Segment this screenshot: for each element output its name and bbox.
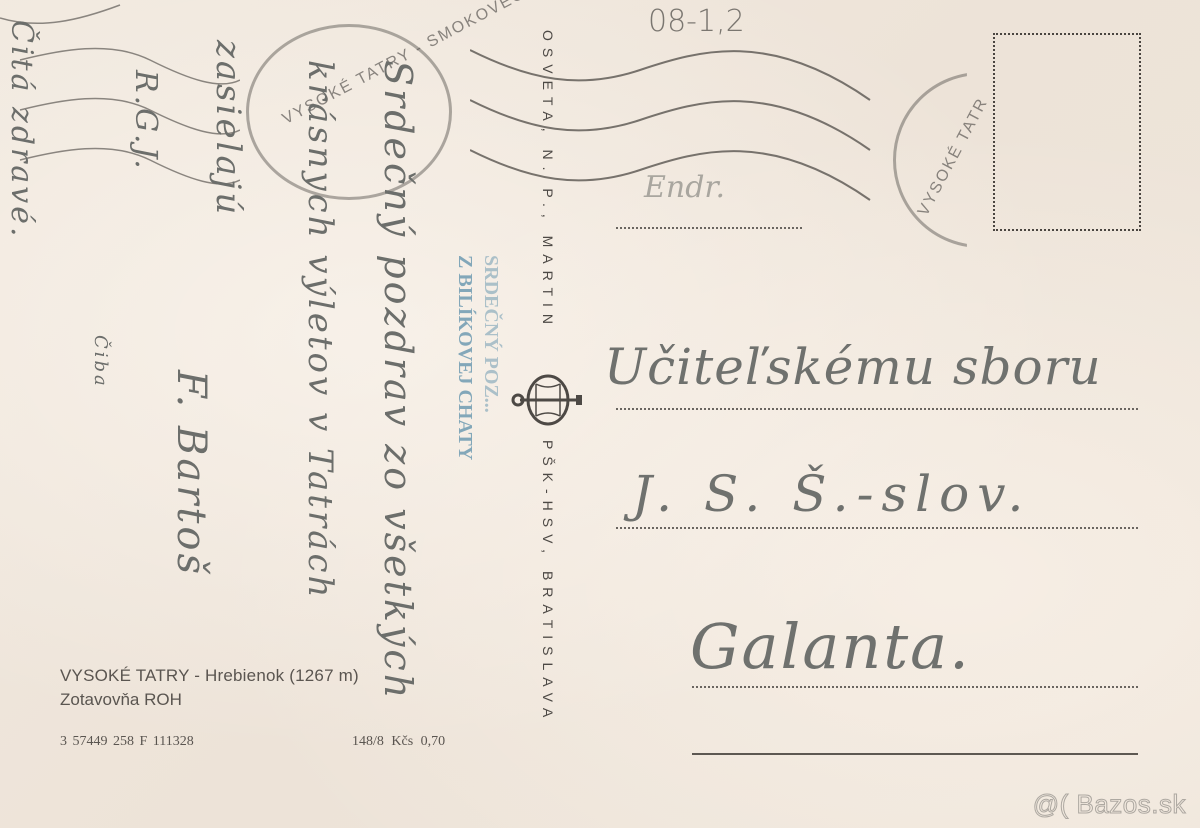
message-line: R.G.J. <box>128 70 163 172</box>
caption-title-bold: VYSOKÉ TATRY <box>60 666 189 685</box>
message-line: Čitá zdravé. <box>4 20 39 240</box>
caption-codes: 3 57449 258 F 111328 <box>60 734 194 750</box>
stamp-placeholder-icon <box>993 33 1141 231</box>
address-rule-2 <box>616 527 1138 529</box>
address-line-1: Učiteľskému sboru <box>604 338 1102 396</box>
postcard-back: VYSOKÉ TATRY - SMOKOVEC VYSOKÉ TATR 08-1… <box>0 0 1200 828</box>
publisher-bottom: PŠK-HSV, BRATISLAVA <box>540 440 556 724</box>
address-line-2: J. S. Š.-slov. <box>632 465 1031 523</box>
address-line-0: Endr. <box>644 170 725 205</box>
address-line-3: Galanta. <box>690 610 971 683</box>
caption-price: 148/8 Kčs 0,70 <box>352 734 445 750</box>
blue-stamp-line2: Z BILÍKOVEJ CHATY <box>452 255 478 460</box>
blue-stamp-line1: SRDEČNÝ POZ... <box>478 255 504 413</box>
bazos-watermark: @( Bazos.sk <box>1033 789 1186 820</box>
pencil-note: 08-1,2 <box>648 4 745 39</box>
publisher-top: OSVETA, N. P., MARTIN <box>540 30 556 331</box>
caption-subtitle: Zotavovňa ROH <box>60 690 182 710</box>
message-line: zasielajú <box>208 40 248 217</box>
address-rule-1 <box>616 408 1138 410</box>
address-rule-3 <box>692 686 1138 688</box>
caption-title: VYSOKÉ TATRY - Hrebienok (1267 m) <box>60 666 359 686</box>
globe-book-key-logo-icon <box>508 370 588 430</box>
message-line: krásnych výletov v Tatrách <box>300 60 340 600</box>
address-rule-4 <box>692 753 1138 755</box>
message-signature: Čiba <box>90 335 111 389</box>
address-rule-0 <box>616 227 802 229</box>
message-signature: F. Bartoš <box>168 370 214 577</box>
caption-title-rest: - Hrebienok (1267 m) <box>189 666 359 685</box>
message-line: Srdečný pozdrav zo všetkých <box>376 60 420 701</box>
